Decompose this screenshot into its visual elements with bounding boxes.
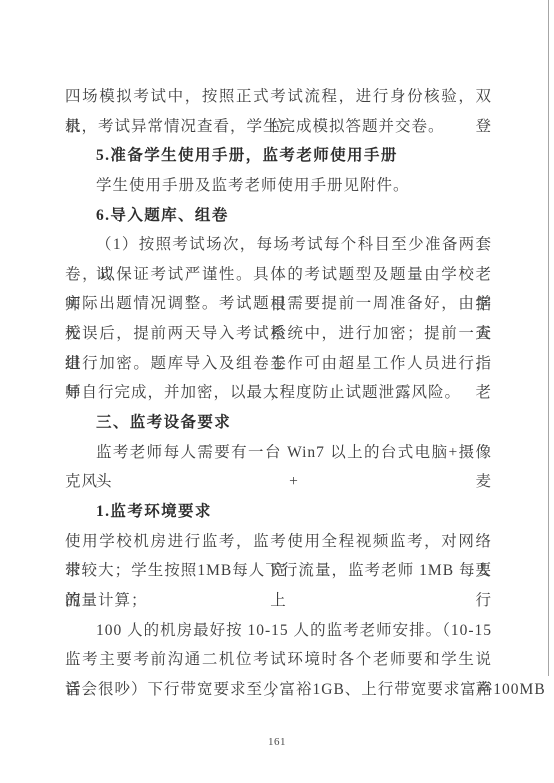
text-line: 学生使用手册及监考老师使用手册见附件。 — [65, 171, 492, 201]
text-line: 监考主要考前沟通二机位考试环境时各个老师要和学生说话，声 — [65, 645, 492, 675]
text-line: 录，考试异常情况查看，学生完成模拟答题并交卷。 — [65, 112, 492, 142]
text-line: 实际出题情况调整。考试题目需要提前一周准备好，由学校检查 — [65, 289, 492, 319]
text-line: 100 人的机房最好按 10-15 人的监考老师安排。（10-15 — [65, 616, 492, 646]
text-line: 卷，以保证考试严谨性。具体的考试题型及题量由学校老师根据 — [65, 260, 492, 290]
text-line: 监考老师每人需要有一台 Win7 以上的台式电脑+摄像头+麦 — [65, 438, 492, 468]
heading-line: 5.准备学生使用手册，监考老师使用手册 — [65, 141, 492, 171]
text-line: （1）按照考试场次，每场考试每个科目至少准备两套试 — [65, 230, 492, 260]
heading-line: 6.导入题库、组卷 — [65, 201, 492, 231]
text-line: 求较大；学生按照1MB每人下行流量，监考老师 1MB 每人的上行 — [65, 556, 492, 586]
text-line: 进行加密。题库导入及组卷工作可由超星工作人员进行指导，老 — [65, 349, 492, 379]
heading-line: 三、监考设备要求 — [65, 408, 492, 438]
page-number: 161 — [0, 736, 554, 748]
document-page: 四场模拟考试中，按照正式考试流程，进行身份核验，双机位登 录，考试异常情况查看，… — [0, 0, 554, 783]
text-line: 四场模拟考试中，按照正式考试流程，进行身份核验，双机位登 — [65, 82, 492, 112]
document-body: 四场模拟考试中，按照正式考试流程，进行身份核验，双机位登 录，考试异常情况查看，… — [65, 82, 492, 704]
text-line: 音会很吵）下行带宽要求至少富裕1GB、上行带宽要求富裕100MB — [65, 675, 492, 705]
heading-line: 1.监考环境要求 — [65, 497, 492, 527]
text-line: 无误后，提前两天导入考试系统中，进行加密；提前一天组卷， — [65, 319, 492, 349]
text-line: 师自行完成，并加密，以最大程度防止试题泄露风险。 — [65, 378, 492, 408]
text-line: 使用学校机房进行监考，监考使用全程视频监考，对网络带宽要 — [65, 527, 492, 557]
scan-edge-line — [548, 0, 549, 676]
